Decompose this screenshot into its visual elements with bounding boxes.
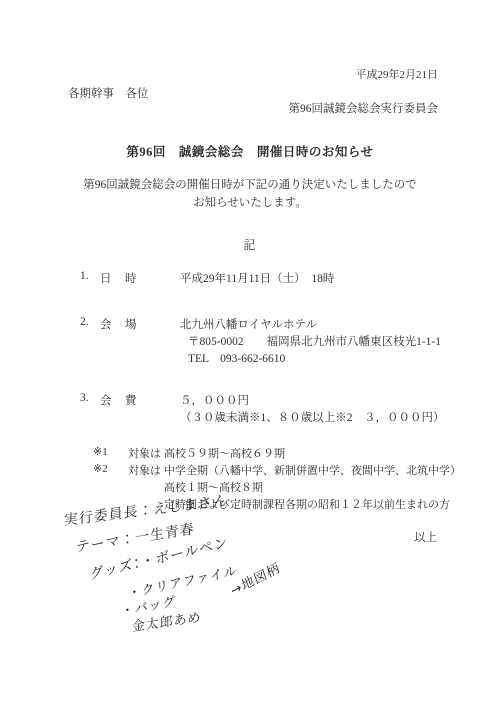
recipient-line: 各期幹事 各位 (68, 85, 149, 101)
venue-phone: TEL 093-662-6610 (188, 350, 285, 366)
note-1: ※1 対象は 高校５９期～高校６９期 (93, 445, 285, 461)
body-line-2: お知らせいたします。 (0, 194, 500, 210)
fee-discount: （３０歳未満※1、８０歳以上※2 ３，０００円） (180, 409, 445, 425)
note-marker: ※2 (93, 462, 128, 478)
note-2: ※2 対象は 中学全期（八幡中学、新制併置中学、夜間中学、北筑中学） (93, 462, 461, 478)
note-marker: ※1 (93, 445, 128, 461)
item-number: 2. (80, 316, 100, 332)
sender-line: 第96回誠鏡会総会実行委員会 (289, 100, 439, 116)
item-label: 日 時 (100, 270, 180, 286)
item-value: ５，０００円 (180, 392, 249, 408)
item-value: 平成29年11月11日（土） 18時 (180, 270, 334, 286)
note-text: 中学全期（八幡中学、新制併置中学、夜間中学、北筑中学） (164, 462, 461, 478)
note-text: 高校５９期～高校６９期 (164, 445, 285, 461)
item-venue: 2. 会 場 北九州八幡ロイヤルホテル (80, 316, 317, 332)
note-label: 対象は (128, 462, 164, 478)
document-title: 第96回 誠鏡会総会 開催日時のお知らせ (0, 142, 500, 160)
item-number: 1. (80, 270, 100, 286)
item-fee: 3. 会 費 ５，０００円 (80, 392, 249, 408)
note-label: 対象は (128, 445, 164, 461)
handwritten-note-chairperson: 実行委員長：えじまさん (64, 490, 228, 530)
item-datetime: 1. 日 時 平成29年11月11日（土） 18時 (80, 270, 334, 286)
venue-address: 〒805-0002 福岡県北九州市八幡東区枝光1-1-1 (188, 333, 441, 349)
scanned-notice-document: 平成29年2月21日 各期幹事 各位 第96回誠鏡会総会実行委員会 第96回 誠… (0, 0, 500, 707)
date: 平成29年2月21日 (356, 66, 439, 82)
item-number: 3. (80, 392, 100, 408)
item-label: 会 費 (100, 392, 180, 408)
item-value: 北九州八幡ロイヤルホテル (180, 316, 317, 332)
record-marker: 記 (0, 236, 500, 253)
closing-marker: 以上 (414, 529, 437, 545)
body-line-1: 第96回誠鏡会総会の開催日時が下記の通り決定いたしましたので (0, 176, 500, 192)
item-label: 会 場 (100, 316, 180, 332)
